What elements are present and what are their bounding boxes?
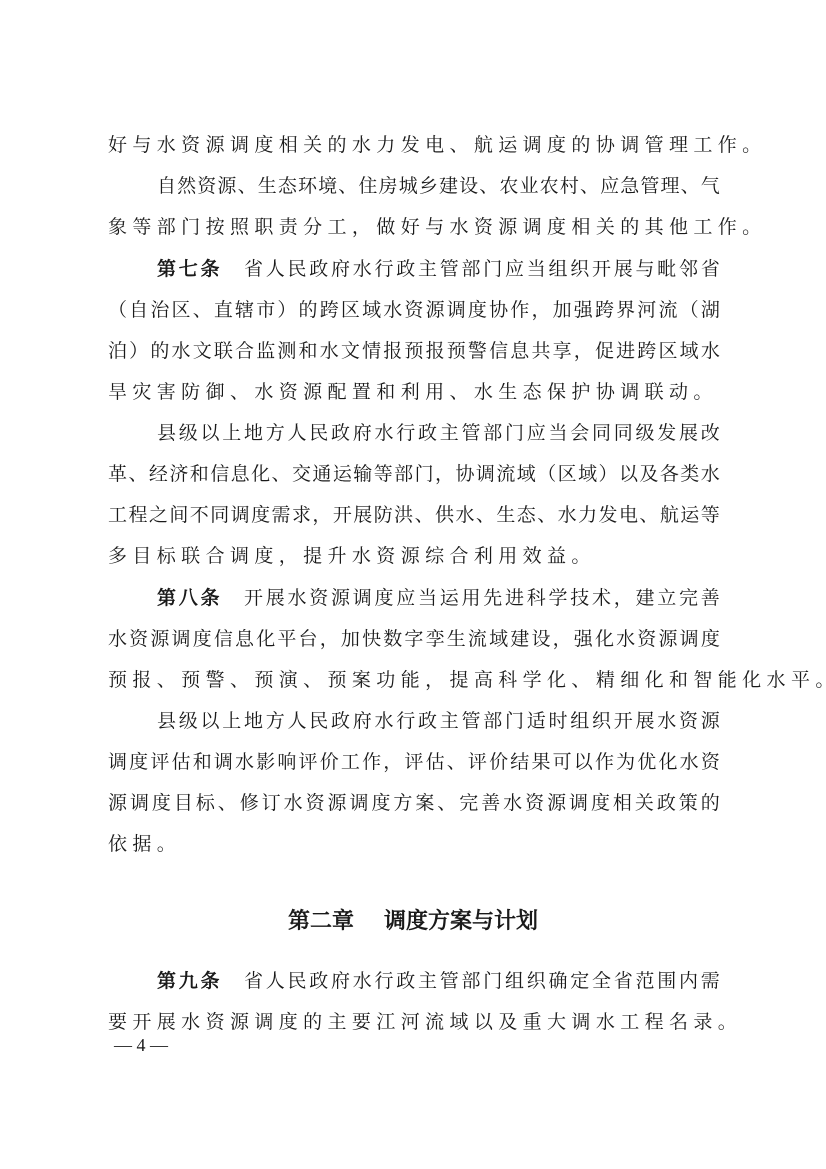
paragraph-line: 自然资源、生态环境、住房城乡建设、农业农村、应急管理、气 <box>157 171 720 201</box>
paragraph-line: 象等部门按照职责分工，做好与水资源调度相关的其他工作。 <box>108 212 720 242</box>
article-paragraph-line: 第八条 开展水资源调度应当运用先进科学技术，建立完善 <box>157 583 720 613</box>
paragraph-line: （自治区、直辖市）的跨区域水资源调度协作，加强跨界河流（湖 <box>108 295 720 325</box>
article-label: 九 <box>179 966 198 996</box>
paragraph-line: 调度评估和调水影响评价工作，评估、评价结果可以作为优化水资 <box>108 747 720 777</box>
paragraph-line: 县级以上地方人民政府水行政主管部门应当会同同级发展改 <box>157 418 720 448</box>
article-gap <box>222 966 241 996</box>
article-label: 第 <box>157 254 176 284</box>
article-label: 七 <box>179 254 198 284</box>
article-paragraph-line: 第九条 省人民政府水行政主管部门组织确定全省范围内需 <box>157 966 720 996</box>
paragraph-line: 多目标联合调度，提升水资源综合利用效益。 <box>108 541 720 571</box>
document-page: 好与水资源调度相关的水力发电、航运调度的协调管理工作。自然资源、生态环境、住房城… <box>0 0 826 1169</box>
paragraph-line: 旱灾害防御、水资源配置和利用、水生态保护协调联动。 <box>108 377 720 407</box>
page-number: — 4 — <box>114 1033 168 1057</box>
article-label: 条 <box>201 254 220 284</box>
chapter-title: 调度方案与计划 <box>384 909 538 934</box>
chapter-heading: 第二章调度方案与计划 <box>0 906 826 938</box>
article-label: 条 <box>201 966 220 996</box>
chapter-number: 第二章 <box>288 909 354 934</box>
paragraph-line: 好与水资源调度相关的水力发电、航运调度的协调管理工作。 <box>108 130 720 160</box>
paragraph-line: 工程之间不同调度需求，开展防洪、供水、生态、水力发电、航运等 <box>108 500 720 530</box>
paragraph-line: 依据。 <box>108 829 720 859</box>
article-label: 第 <box>157 966 176 996</box>
paragraph-line: 县级以上地方人民政府水行政主管部门适时组织开展水资源 <box>157 706 720 736</box>
paragraph-line: 革、经济和信息化、交通运输等部门，协调流域（区域）以及各类水 <box>108 459 720 489</box>
paragraph-line: 水资源调度信息化平台，加快数字孪生流域建设，强化水资源调度 <box>108 624 720 654</box>
article-gap <box>222 583 241 613</box>
article-gap <box>222 254 241 284</box>
paragraph-line: 泊）的水文联合监测和水文情报预报预警信息共享，促进跨区域水 <box>108 336 720 366</box>
paragraph-line: 要开展水资源调度的主要江河流域以及重大调水工程名录。 <box>108 1007 720 1037</box>
article-paragraph-line: 第七条 省人民政府水行政主管部门应当组织开展与毗邻省 <box>157 254 720 284</box>
paragraph-line: 源调度目标、修订水资源调度方案、完善水资源调度相关政策的 <box>108 788 720 818</box>
paragraph-line: 预报、预警、预演、预案功能，提高科学化、精细化和智能化水平。 <box>108 665 720 695</box>
article-label: 第 <box>157 583 176 613</box>
article-label: 条 <box>201 583 220 613</box>
article-label: 八 <box>179 583 198 613</box>
